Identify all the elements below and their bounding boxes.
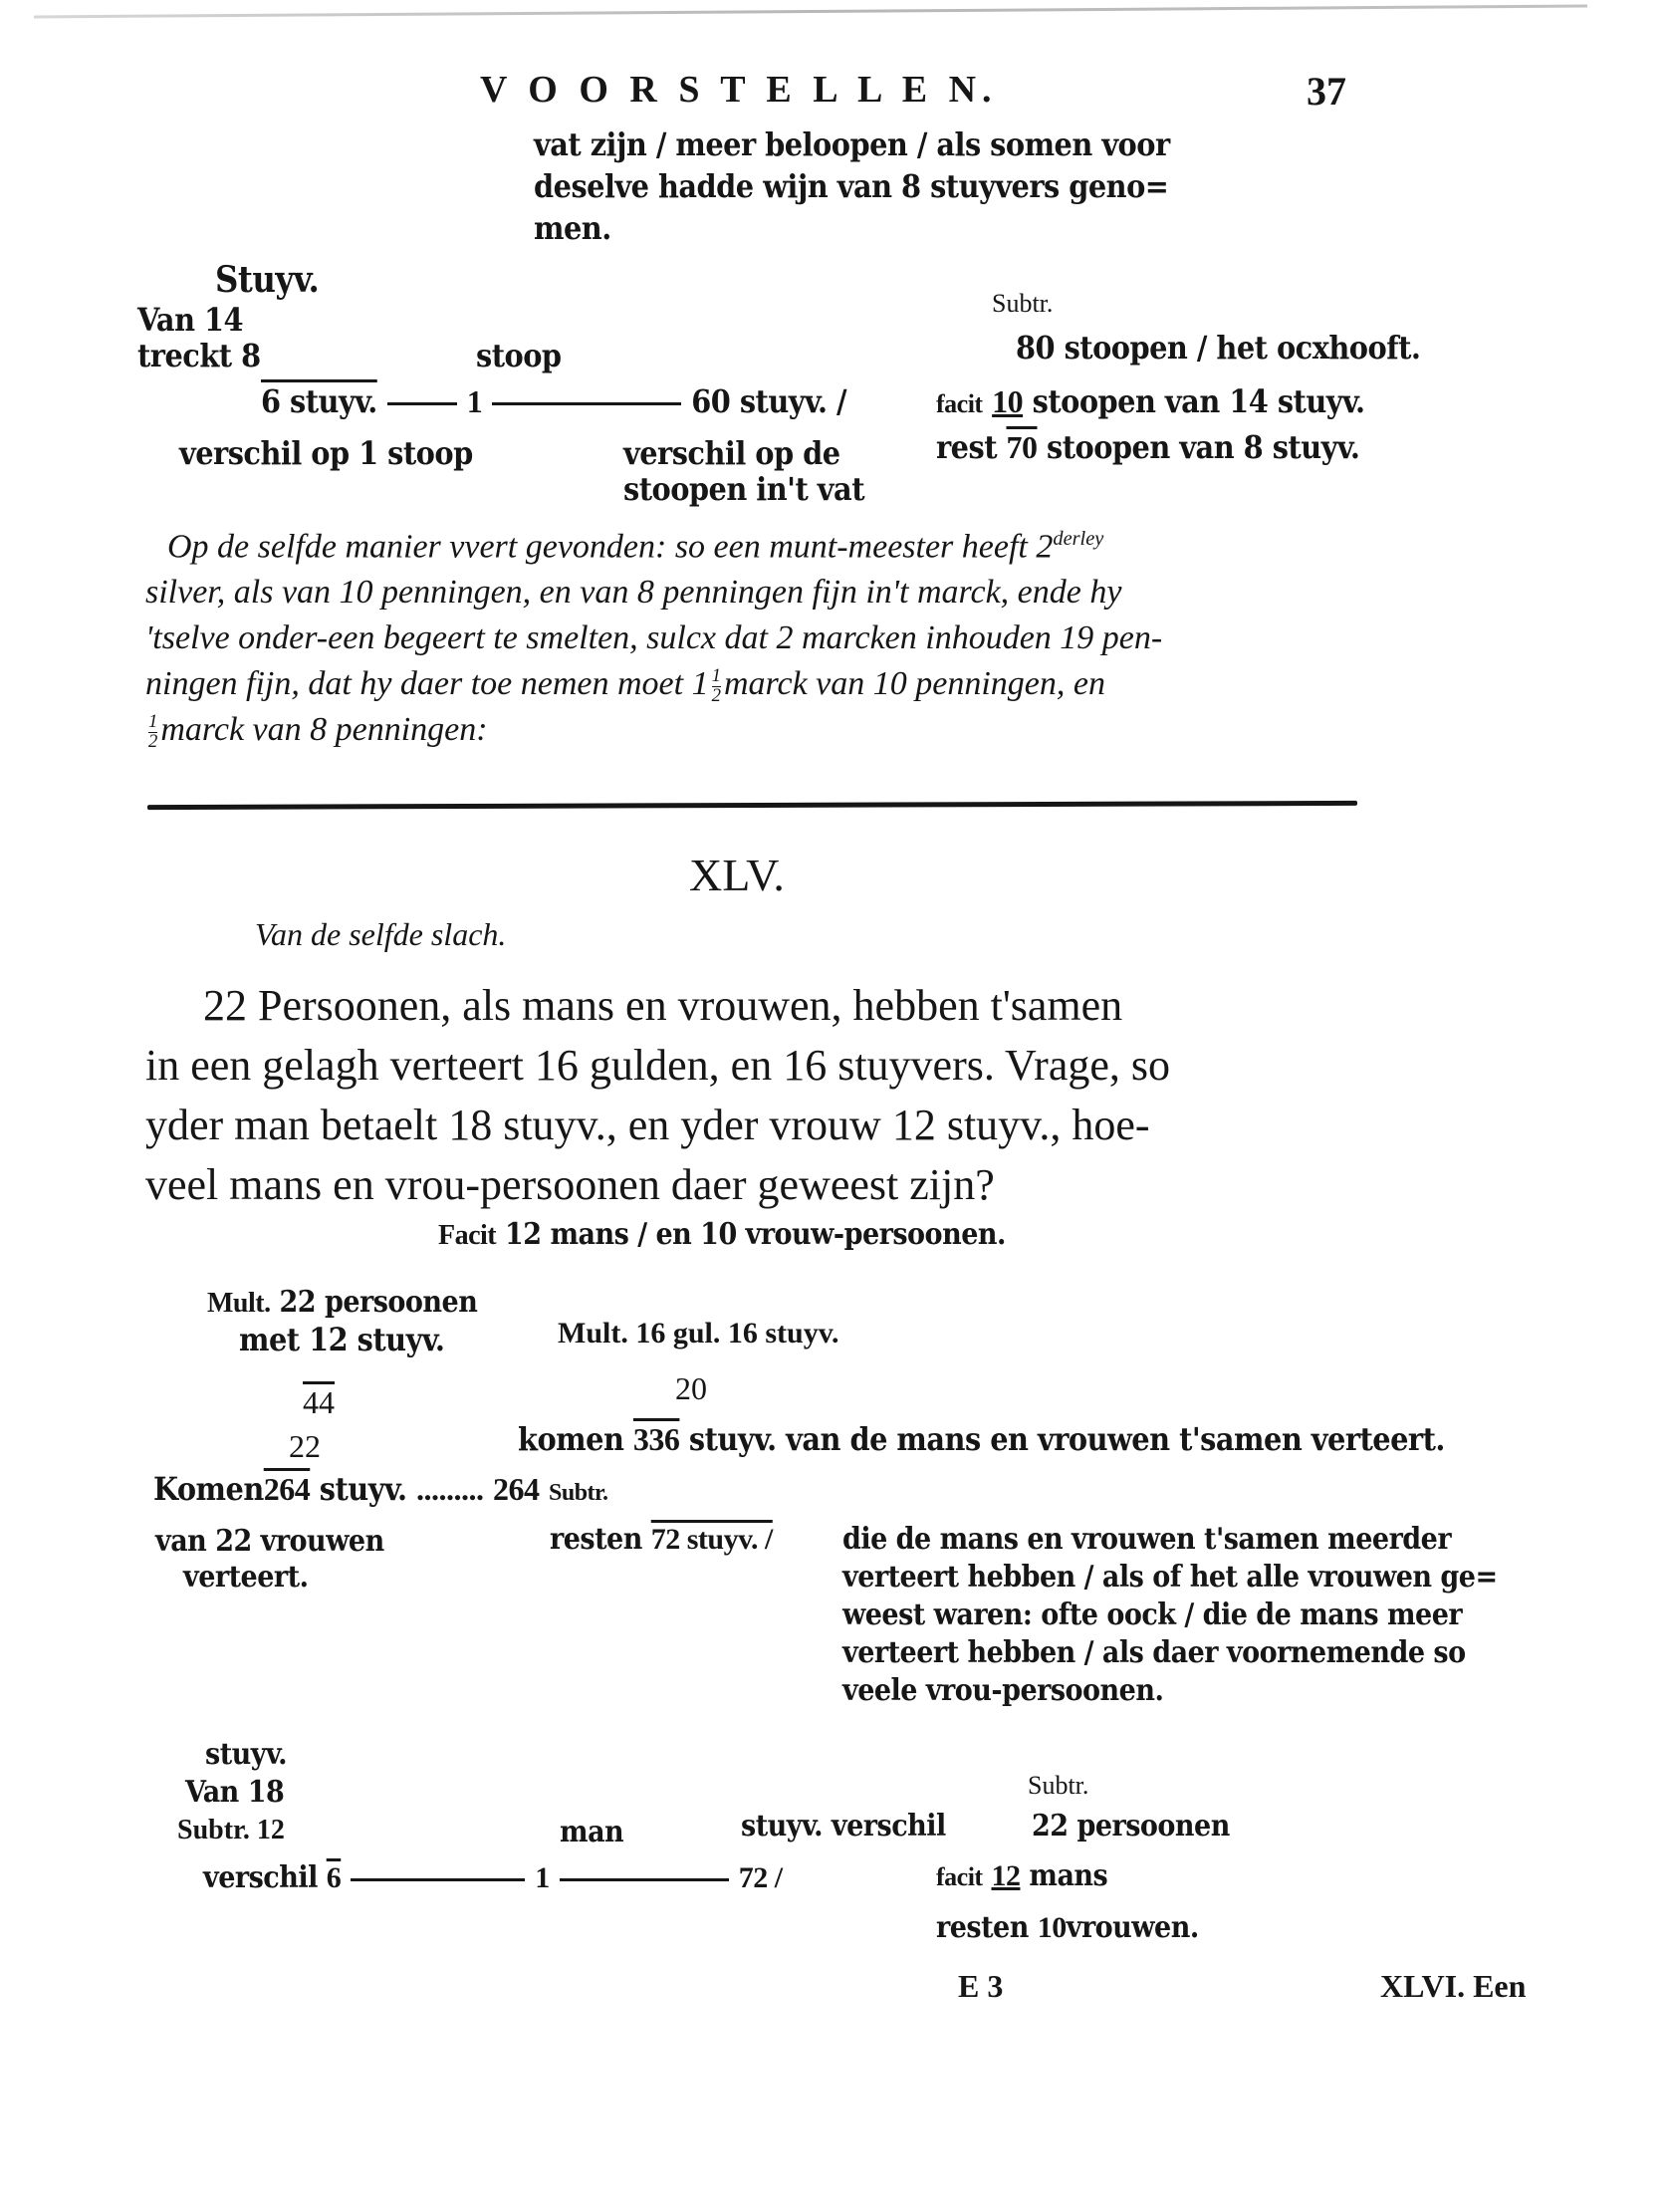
facit-text: stoopen van 14 stuyv. (1033, 382, 1365, 420)
calc2-explain-1: die de mans en vrouwen t'samen meerder (842, 1522, 1451, 1557)
continuation-line-3: men. (534, 209, 611, 247)
calc2-komen2-row: Komen264 stuyv. ......... 264 Subtr. (153, 1470, 608, 1508)
calc1-treckt: treckt 8 (137, 337, 261, 374)
page-number: 37 (1307, 68, 1346, 115)
calc3-one: 1 (535, 1861, 550, 1894)
calc2-mult2: Mult. 16 gul. 16 stuyv. (558, 1317, 839, 1351)
mult-label: Mult. (207, 1288, 271, 1319)
italic-text: marck van 10 penningen, en (724, 665, 1105, 702)
resten-number: 10 (1038, 1911, 1067, 1944)
signature-mark: E 3 (958, 1968, 1003, 2005)
komen-text: stuyv. van de mans en vrouwen t'samen ve… (689, 1420, 1445, 1458)
proportion-dash (351, 1878, 525, 1881)
calc2-partial-44: 44 (303, 1384, 335, 1421)
italic-line-3: 'tselve onder-een begeert te smelten, su… (145, 619, 1162, 657)
mult-value: 22 persoonen (280, 1285, 478, 1320)
answer-text: 12 mans / en 10 vrouw-persoonen. (505, 1217, 1006, 1252)
komen-label: Komen (153, 1470, 264, 1508)
resten-label: resten (550, 1522, 642, 1557)
section-divider (147, 801, 1357, 810)
calc2-twenty: 20 (675, 1370, 707, 1407)
calc1-caption-left: verschil op 1 stoop (179, 434, 473, 472)
answer-facit-label: Facit (438, 1220, 496, 1251)
section-number: XLV. (689, 849, 785, 901)
proportion-dash (560, 1878, 729, 1881)
italic-text: marck van 8 penningen: (160, 711, 487, 748)
calc2-van22-2: verteert. (183, 1560, 308, 1595)
resten-text: vrouwen. (1067, 1910, 1199, 1945)
facit-number: 10 (992, 383, 1023, 419)
italic-text: Op de selfde manier vvert gevonden: so e… (167, 528, 1053, 565)
calc1-caption-mid-2: stoopen in't vat (623, 470, 864, 508)
subtr-label: Subtr. (549, 1480, 607, 1506)
answer-line: Facit 12 mans / en 10 vrouw-persoonen. (438, 1217, 1006, 1252)
resten-label: resten (936, 1910, 1029, 1945)
calc1-one: 1 (467, 383, 483, 419)
calc2-explain-2: verteert hebben / als of het alle vrouwe… (842, 1560, 1498, 1595)
fraction: 12 (712, 667, 721, 705)
calc3-unit-header: stuyv. (205, 1737, 287, 1772)
facit-label: facit (936, 389, 983, 418)
continuation-line-2: deselve hadde wijn van 8 stuyvers geno= (534, 167, 1168, 205)
facit-label: facit (936, 1862, 983, 1891)
verschil-number: 6 (327, 1861, 342, 1894)
calc2-komen-row: komen 336 stuyv. van de mans en vrouwen … (518, 1420, 1445, 1458)
calc3-verschil-row: verschil 6172 / (203, 1860, 783, 1895)
calc1-difference-row: 6 stuyv.160 stuyv. / (261, 382, 846, 420)
italic-line-4: ningen fijn, dat hy daer toe nemen moet … (145, 665, 1105, 705)
facit-number: 12 (991, 1859, 1020, 1892)
calc3-subtr-label: Subtr. (1028, 1771, 1088, 1801)
komen-label: komen (518, 1420, 623, 1458)
problem-line-4: veel mans en vrou-persoonen daer geweest… (145, 1159, 995, 1210)
calc3-facit: facit 12 mans (936, 1858, 1107, 1893)
calc2-explain-4: verteert hebben / als daer voornemende s… (842, 1635, 1466, 1670)
facit-text: mans (1029, 1858, 1107, 1893)
subtrahend: 264 (493, 1471, 540, 1507)
calc3-result: 72 / (739, 1861, 783, 1894)
calc3-man: man (560, 1815, 623, 1849)
resten-value: 72 stuyv. / (651, 1523, 773, 1556)
page-edge (34, 5, 1587, 19)
problem-line-1: 22 Persoonen, als mans en vrouwen, hebbe… (203, 980, 1122, 1031)
section-subtitle: Van de selfde slach. (255, 916, 506, 953)
calc1-right-3: rest 70 stoopen van 8 stuyv. (936, 428, 1359, 466)
catchword: XLVI. Een (1380, 1968, 1526, 2005)
calc1-diff-left: 6 stuyv. (261, 382, 377, 420)
komen-unit: stuyv. (320, 1470, 407, 1508)
calc2-met-line: met 12 stuyv. (239, 1321, 444, 1358)
calc2-explain-3: weest waren: ofte oock / die de mans mee… (842, 1598, 1462, 1632)
problem-line-3: yder man betaelt 18 stuyv., en yder vrou… (145, 1100, 1150, 1150)
calc3-van: Van 18 (185, 1775, 284, 1810)
problem-line-2: in een gelagh verteert 16 gulden, en 16 … (145, 1040, 1170, 1091)
italic-line-2: silver, als van 10 penningen, en van 8 p… (145, 574, 1121, 612)
rest-number: 70 (1007, 429, 1038, 465)
italic-line-1: Op de selfde manier vvert gevonden: so e… (167, 528, 1103, 566)
calc1-result: 60 stuyv. / (691, 382, 846, 420)
calc3-subtr: Subtr. 12 (177, 1815, 285, 1846)
rest-text: stoopen van 8 stuyv. (1047, 428, 1359, 466)
calc2-van22-1: van 22 vrouwen (155, 1524, 384, 1559)
calc1-right-2: facit 10 stoopen van 14 stuyv. (936, 382, 1365, 420)
calc1-unit-header: Stuyv. (215, 259, 319, 301)
calc3-persons: 22 persoonen (1032, 1809, 1230, 1843)
calc1-right-1: 80 stoopen / het ocxhooft. (1016, 329, 1420, 367)
italic-line-5: 12marck van 8 penningen: (145, 711, 488, 751)
fraction: 12 (148, 713, 157, 751)
calc3-stuyv-verschil: stuyv. verschil (741, 1809, 946, 1843)
calc2-mult1: Mult. 22 persoonen (207, 1285, 477, 1320)
rest-label: rest (936, 428, 997, 466)
leader-dots: ......... (416, 1471, 484, 1507)
calc2-resten: resten 72 stuyv. / (550, 1522, 773, 1557)
komen-number: 264 (264, 1471, 311, 1507)
proportion-dash (492, 402, 681, 405)
komen-number: 336 (633, 1421, 680, 1457)
calc1-van: Van 14 (137, 301, 243, 339)
calc1-stoop-label: stoop (476, 337, 562, 374)
calc2-partial-22: 22 (289, 1428, 321, 1465)
superscript: derley (1053, 528, 1103, 550)
verschil-label: verschil (203, 1860, 318, 1895)
continuation-line-1: vat zijn / meer beloopen / als somen voo… (534, 125, 1170, 163)
running-title: V O O R S T E L L E N. (480, 68, 998, 112)
calc3-resten: resten 10vrouwen. (936, 1910, 1199, 1945)
calc1-subtr-label: Subtr. (992, 289, 1053, 319)
proportion-dash (387, 402, 457, 405)
italic-text: ningen fijn, dat hy daer toe nemen moet … (145, 665, 709, 702)
calc2-explain-5: veele vrou-persoonen. (842, 1673, 1163, 1708)
calc1-caption-mid-1: verschil op de (623, 434, 840, 472)
